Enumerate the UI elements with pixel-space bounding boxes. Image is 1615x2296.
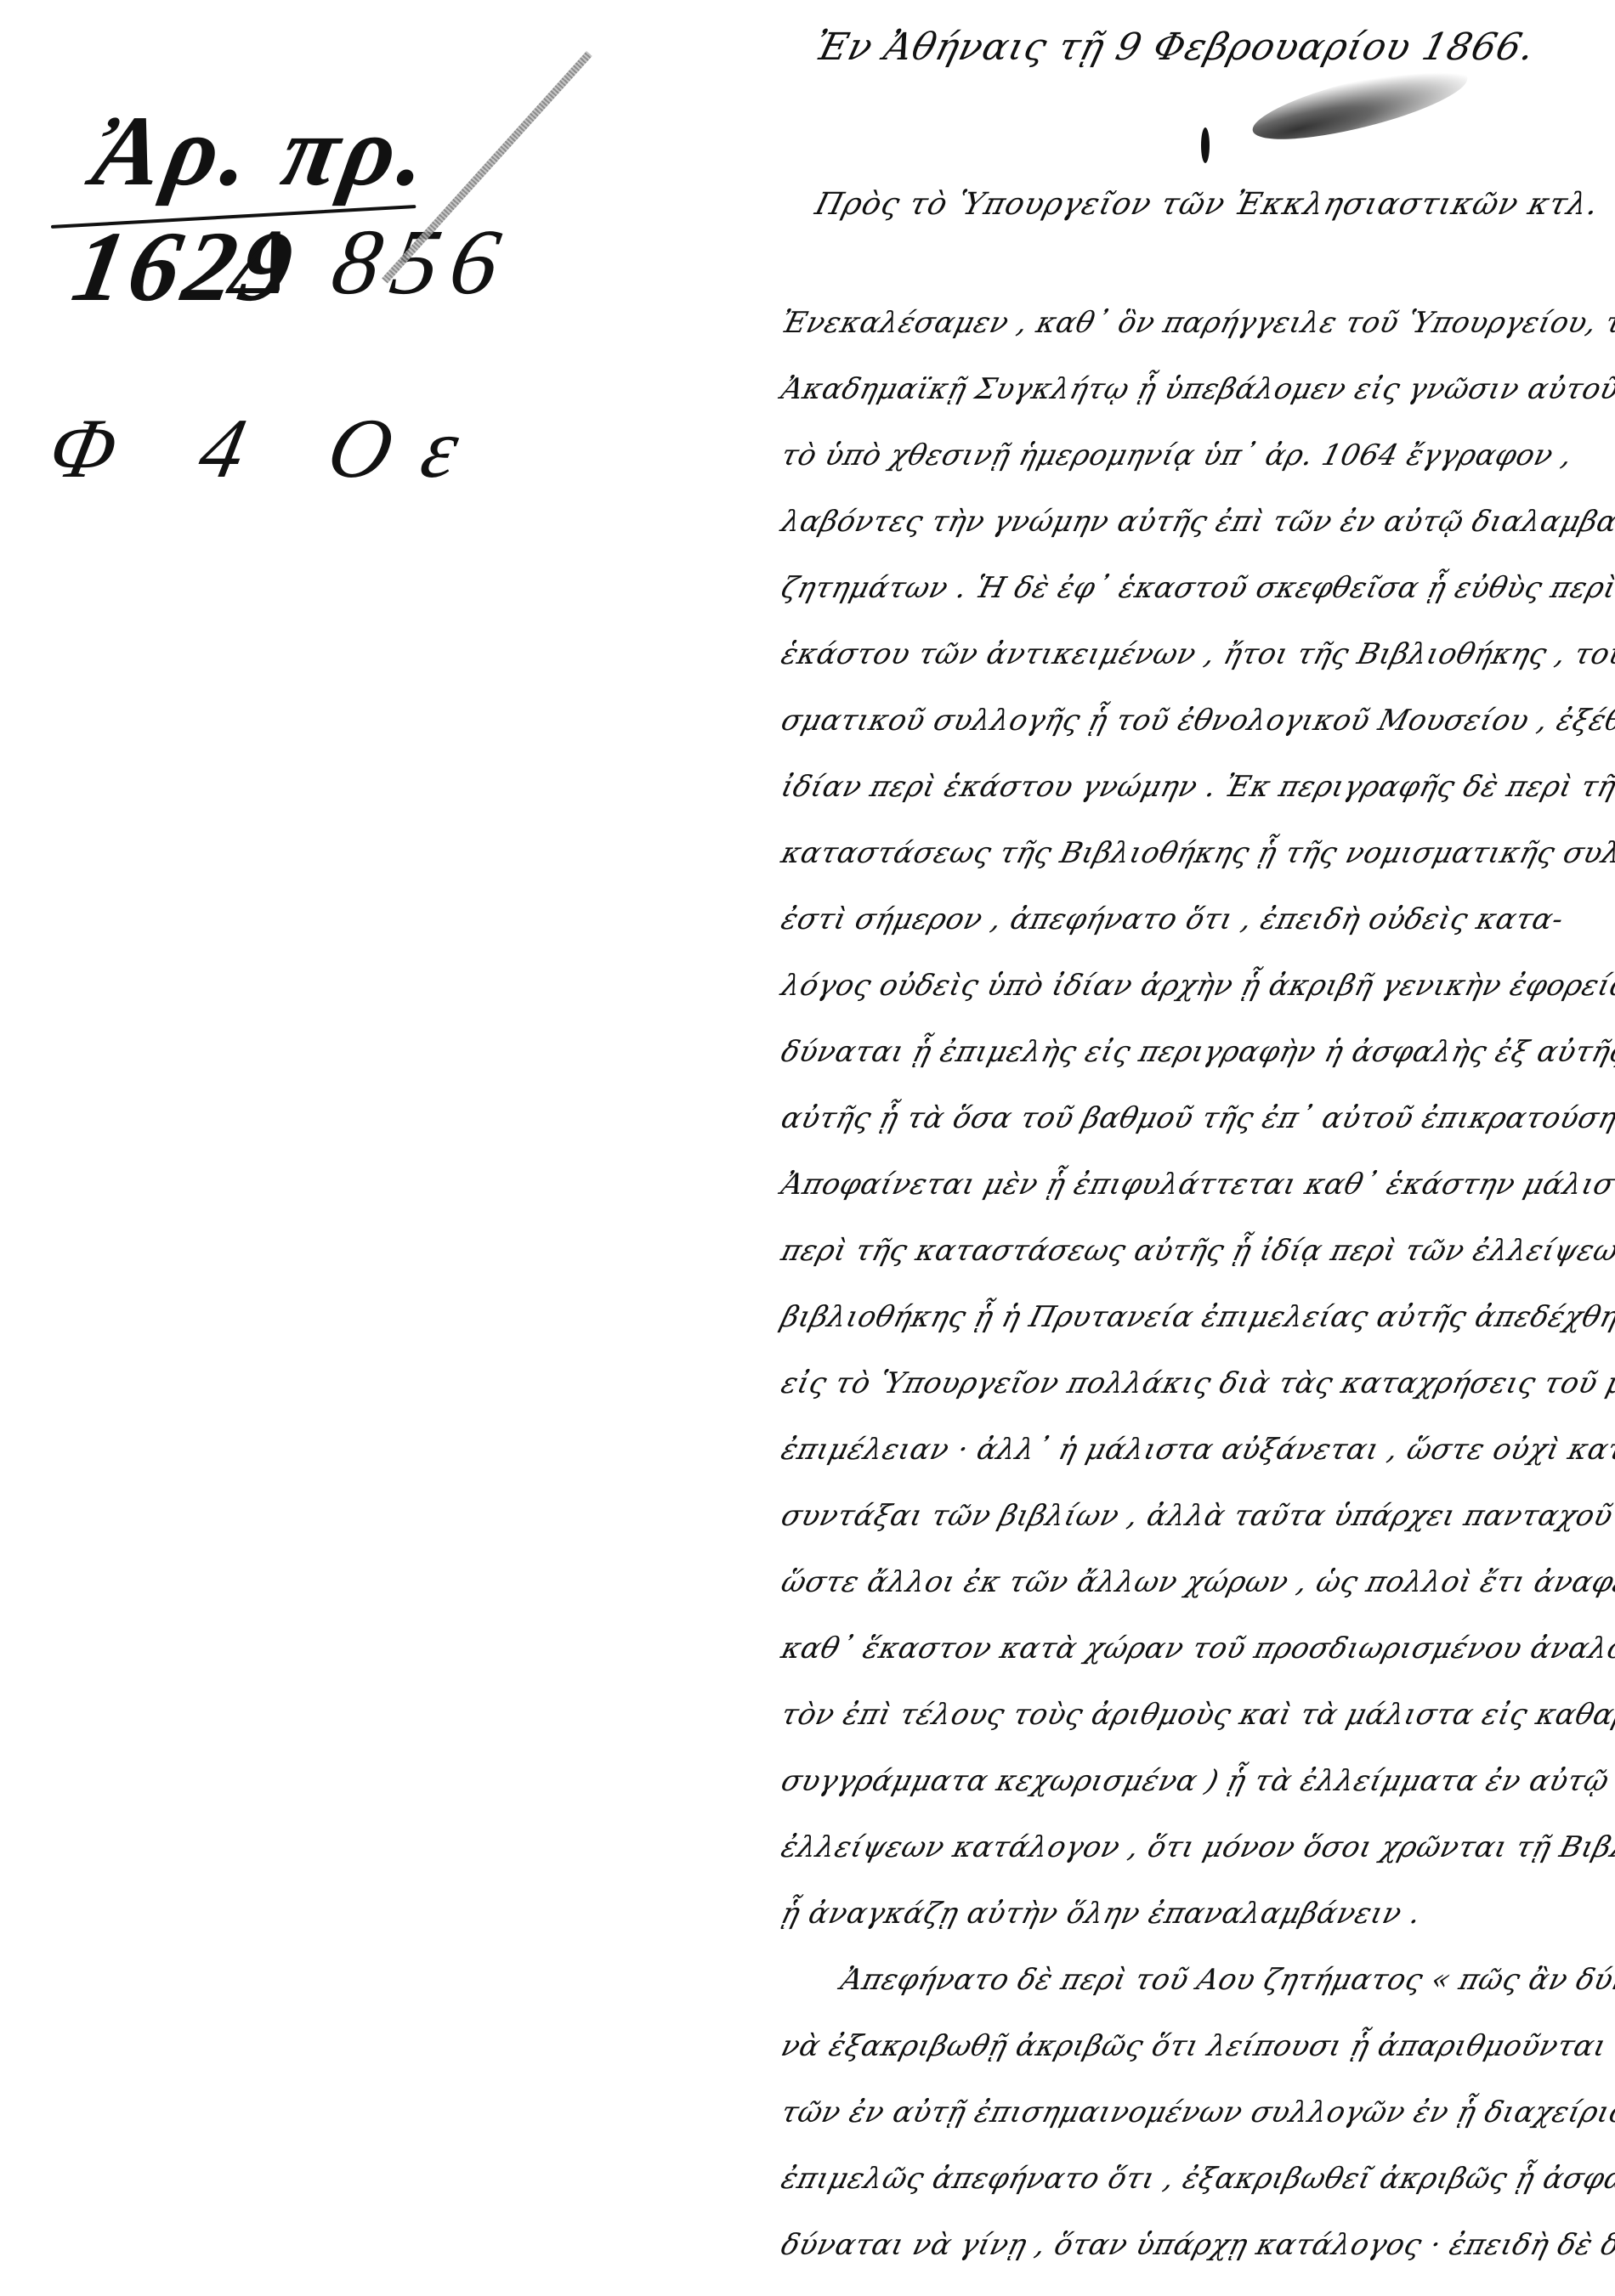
addressee-line: Πρὸς τὸ Ὑπουργεῖον τῶν Ἐκκλησιαστικῶν κτ… — [812, 187, 1603, 222]
body-line: ἐπιμέλειαν · ἀλλ᾽ ἡ μάλιστα αὐξάνεται , … — [778, 1433, 1615, 1467]
body-line: συγγράμματα κεχωρισμένα ) ᾗ τὰ ἐλλείμματ… — [778, 1764, 1615, 1798]
file-mark: Φ 4 Οε — [41, 399, 500, 497]
ink-smudge — [1247, 54, 1473, 153]
body-line: ἰδίαν περὶ ἑκάστου γνώμην . Ἐκ περιγραφῆ… — [778, 770, 1615, 804]
ink-blot — [1201, 127, 1210, 163]
body-line: ἑκάστου τῶν ἀντικειμένων , ἤτοι τῆς Βιβλ… — [778, 637, 1615, 671]
body-line: ὥστε ἄλλοι ἐκ τῶν ἄλλων χώρων , ὡς πολλο… — [778, 1565, 1615, 1599]
body-line: ζητημάτων . Ἡ δὲ ἐφ᾽ ἑκαστοῦ σκεφθεῖσα ᾗ… — [778, 571, 1615, 605]
body-line: λαβόντες τὴν γνώμην αὐτῆς ἐπὶ τῶν ἐν αὐτ… — [778, 505, 1615, 539]
body-line: καταστάσεως τῆς Βιβλιοθήκης ᾗ τῆς νομισμ… — [778, 836, 1615, 870]
body-line: δύναται ᾗ ἐπιμελὴς εἰς περιγραφὴν ἡ ἀσφα… — [778, 1035, 1615, 1069]
body-line: ἐπιμελῶς ἀπεφήνατο ὅτι , ἐξακριβωθεῖ ἀκρ… — [778, 2162, 1615, 2196]
body-line: τῶν ἐν αὐτῇ ἐπισημαινομένων συλλογῶν ἐν … — [778, 2095, 1615, 2129]
body-line: Ἀποφαίνεται μὲν ᾗ ἐπιφυλάττεται καθ᾽ ἑκά… — [778, 1168, 1615, 1202]
body-line: καθ᾽ ἕκαστον κατὰ χώραν τοῦ προσδιωρισμέ… — [778, 1632, 1615, 1665]
body-line: ἐστὶ σήμερον , ἀπεφήνατο ὅτι , ἐπειδὴ οὐ… — [778, 902, 1567, 936]
body-line: Ἀπεφήνατο δὲ περὶ τοῦ Αου ζητήματος « πῶ… — [778, 1963, 1615, 1997]
archive-file-number: Δ 856 — [224, 208, 519, 316]
dateline: Ἐν Ἀθήναις τῇ 9 Φεβρουαρίου 1866. — [811, 25, 1540, 69]
body-line: Ἐνεκαλέσαμεν , καθ᾽ ὃν παρήγγειλε τοῦ Ὑπ… — [778, 306, 1615, 340]
body-line: ἐλλείψεων κατάλογον , ὅτι μόνον ὅσοι χρῶ… — [778, 1830, 1615, 1864]
body-line: νὰ ἐξακριβωθῇ ἀκριβῶς ὅτι λείπουσι ᾗ ἀπα… — [778, 2029, 1615, 2063]
body-line: τὸν ἐπὶ τέλους τοὺς ἀριθμοὺς καὶ τὰ μάλι… — [778, 1698, 1615, 1732]
body-line: λόγος οὐδεὶς ὑπὸ ἰδίαν ἀρχὴν ᾗ ἀκριβῆ γε… — [778, 969, 1615, 1003]
body-line: συντάξαι τῶν βιβλίων , ἀλλὰ ταῦτα ὑπάρχε… — [778, 1499, 1615, 1533]
body-line: αὐτῆς ᾗ τὰ ὅσα τοῦ βαθμοῦ τῆς ἐπ᾽ αὐτοῦ … — [778, 1101, 1615, 1135]
body-line: Ἀκαδημαϊκῇ Συγκλήτῳ ᾗ ὑπεβάλομεν εἰς γνῶ… — [778, 372, 1615, 406]
body-line: σματικοῦ συλλογῆς ᾗ τοῦ ἐθνολογικοῦ Μουσ… — [778, 704, 1615, 738]
body-line: ᾗ ἀναγκάζῃ αὐτὴν ὅλην ἐπαναλαμβάνειν . — [778, 1897, 1425, 1931]
body-line: περὶ τῆς καταστάσεως αὐτῆς ᾗ ἰδίᾳ περὶ τ… — [778, 1234, 1615, 1268]
body-line: τὸ ὑπὸ χθεσινῇ ἡμερομηνίᾳ ὑπ᾽ ἀρ. 1064 ἔ… — [778, 438, 1576, 472]
body-line: εἰς τὸ Ὑπουργεῖον πολλάκις διὰ τὰς καταχ… — [778, 1366, 1615, 1400]
body-line: δύναται νὰ γίνῃ , ὅταν ὑπάρχῃ κατάλογος … — [778, 2228, 1615, 2262]
document-page: Ἀρ. πρ. 1629 Δ 856 Φ 4 Οε Ἐν Ἀθήναις τῇ … — [0, 0, 1615, 2296]
body-line: βιβλιοθήκης ᾗ ἡ Πρυτανεία ἐπιμελείας αὐτ… — [778, 1300, 1615, 1334]
